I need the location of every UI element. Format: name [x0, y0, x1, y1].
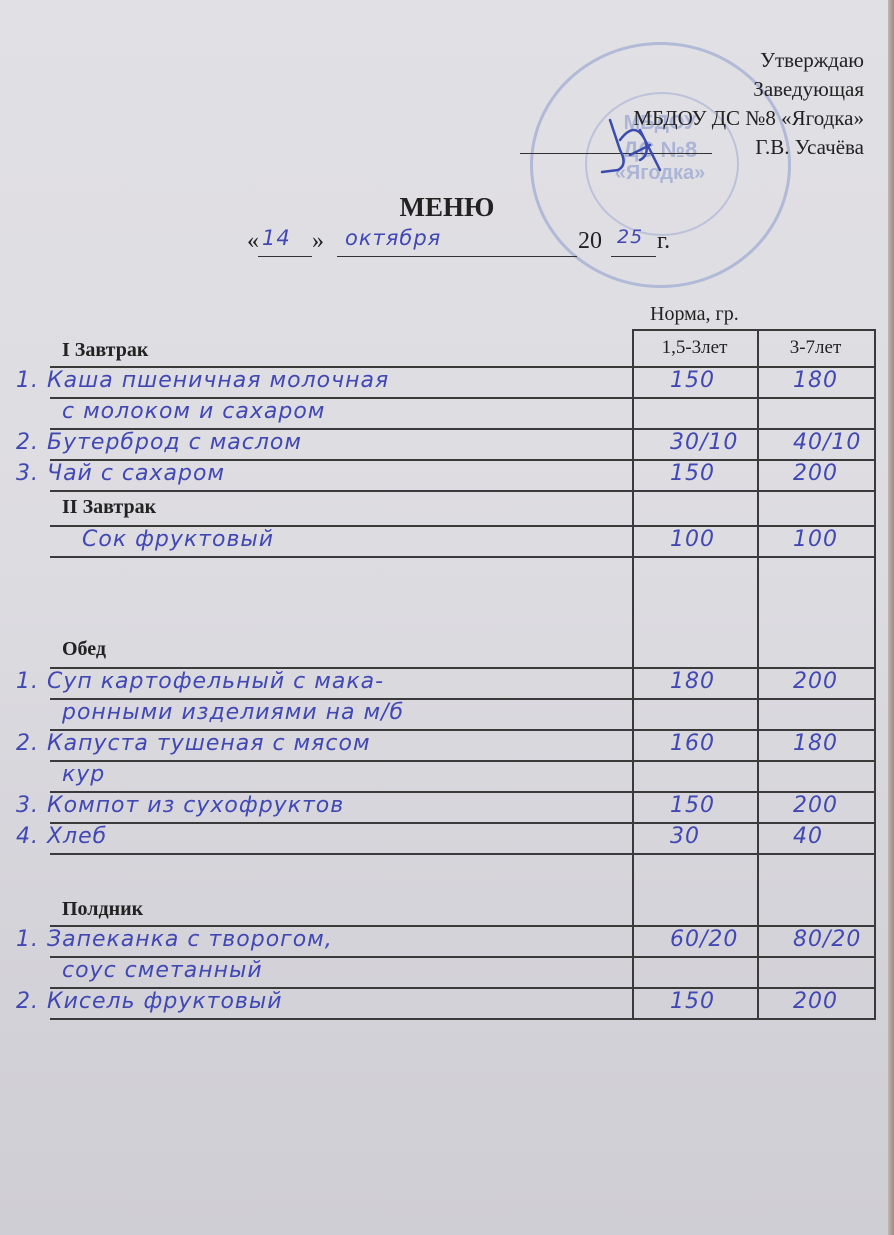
row-rule	[50, 1018, 874, 1020]
row-rule	[50, 853, 874, 855]
year-underline	[611, 256, 656, 257]
paper-edge	[888, 0, 894, 1235]
dish-name: 2. Кисель фруктовый	[16, 989, 283, 1014]
norm-3-7: 200	[793, 669, 838, 694]
approval-line-2: Заведующая	[753, 79, 864, 100]
dish-name: соус сметанный	[62, 958, 263, 983]
dish-name: 3. Чай с сахаром	[16, 461, 225, 486]
norm-3-7: 80/20	[793, 927, 861, 952]
norm-1-5-3: 150	[670, 793, 715, 818]
header-top-border	[632, 329, 874, 331]
dish-name: Сок фруктовый	[82, 527, 274, 552]
section-title-3: Обед	[62, 638, 106, 661]
norm-3-7: 180	[793, 731, 838, 756]
norm-1-5-3: 150	[670, 989, 715, 1014]
dish-name: с молоком и сахаром	[62, 399, 325, 424]
column-divider-right	[874, 329, 876, 1020]
norm-1-5-3: 180	[670, 669, 715, 694]
norm-label: Норма, гр.	[650, 303, 739, 326]
norm-1-5-3: 150	[670, 461, 715, 486]
dish-name: 4. Хлеб	[16, 824, 107, 849]
norm-1-5-3: 100	[670, 527, 715, 552]
row-rule	[50, 490, 874, 492]
month-underline	[337, 256, 577, 257]
date-suffix: г.	[657, 228, 670, 255]
date-year-prefix: 20	[578, 228, 602, 255]
date-month: октября	[345, 226, 441, 250]
norm-3-7: 100	[793, 527, 838, 552]
norm-3-7: 40	[793, 824, 823, 849]
approval-line-1: Утверждаю	[760, 50, 864, 71]
day-underline	[258, 256, 312, 257]
date-day: 14	[262, 226, 291, 250]
column-header-1: 1,5-3лет	[632, 337, 757, 359]
column-divider-2	[757, 329, 759, 1020]
dish-name: 2. Капуста тушеная с мясом	[16, 731, 371, 756]
dish-name: ронными изделиями на м/б	[62, 700, 404, 725]
row-rule	[50, 556, 874, 558]
dish-name: 1. Запеканка с творогом,	[16, 927, 333, 952]
norm-1-5-3: 30/10	[670, 430, 738, 455]
norm-1-5-3: 150	[670, 368, 715, 393]
norm-3-7: 200	[793, 793, 838, 818]
signature-icon	[590, 110, 670, 180]
column-header-2: 3-7лет	[757, 337, 874, 359]
section-title-4: Полдник	[62, 898, 143, 921]
dish-name: кур	[62, 762, 105, 787]
norm-1-5-3: 160	[670, 731, 715, 756]
date-open-quote: «	[247, 228, 259, 255]
date-close-quote: »	[312, 228, 324, 255]
norm-3-7: 40/10	[793, 430, 861, 455]
section-title-2: II Завтрак	[62, 496, 156, 519]
page-title: МЕНЮ	[0, 192, 894, 223]
dish-name: 3. Компот из сухофруктов	[16, 793, 344, 818]
norm-1-5-3: 30	[670, 824, 700, 849]
approval-line-4: Г.В. Усачёва	[755, 137, 864, 158]
dish-name: 1. Каша пшеничная молочная	[16, 368, 389, 393]
row-rule	[50, 760, 874, 762]
norm-3-7: 200	[793, 989, 838, 1014]
norm-3-7: 180	[793, 368, 838, 393]
date-year-suffix: 25	[617, 226, 643, 248]
row-rule	[50, 822, 874, 824]
section-title-1: I Завтрак	[62, 339, 148, 362]
norm-1-5-3: 60/20	[670, 927, 738, 952]
norm-3-7: 200	[793, 461, 838, 486]
dish-name: 2. Бутерброд с маслом	[16, 430, 302, 455]
dish-name: 1. Суп картофельный с мака-	[16, 669, 384, 694]
column-divider-1	[632, 329, 634, 1020]
